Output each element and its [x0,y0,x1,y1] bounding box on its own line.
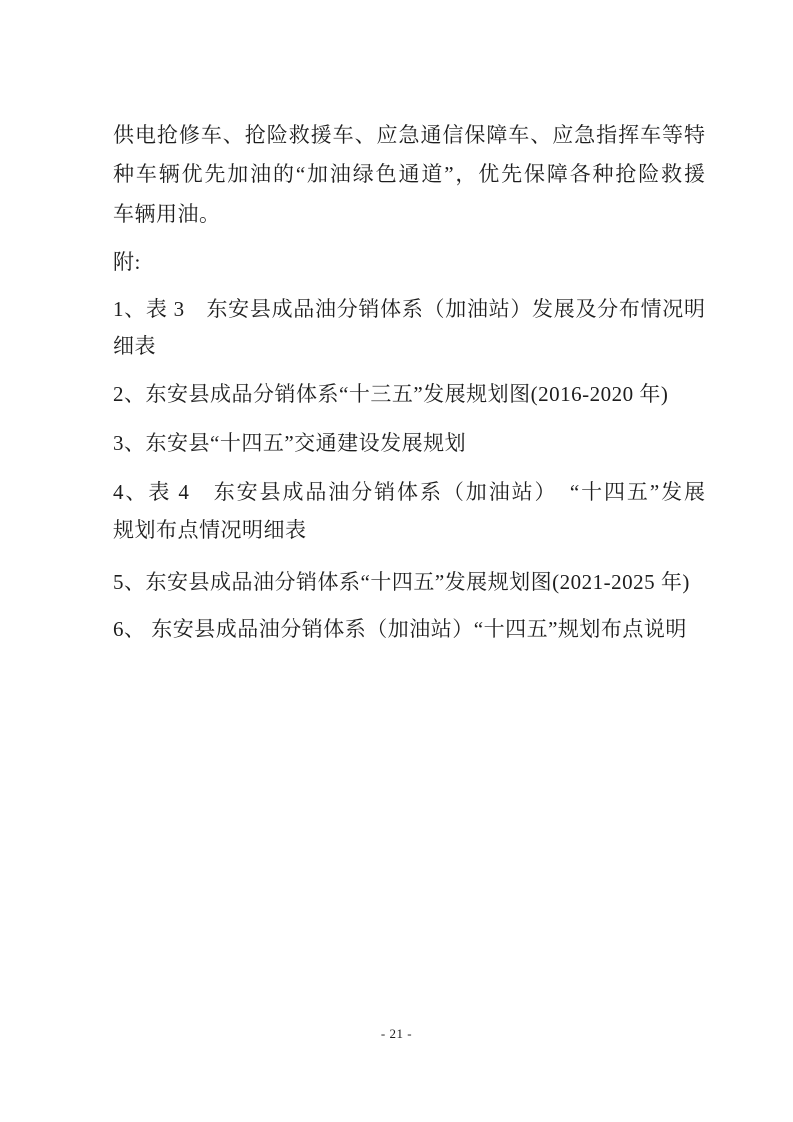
attachment-label: 附: [113,251,705,274]
attachment-item-2: 2、东安县成品分销体系“十三五”发展规划图(2016-2020 年) [113,383,705,406]
attachment-item-6: 6、 东安县成品油分销体系（加油站）“十四五”规划布点说明 [113,618,705,641]
attachment-item-5: 5、东安县成品油分销体系“十四五”发展规划图(2021-2025 年) [113,571,705,594]
attachment-item-3: 3、东安县“十四五”交通建设发展规划 [113,432,705,455]
body-paragraph-line-2: 种车辆优先加油的“加油绿色通道”，优先保障各种抢险救援 [113,163,705,186]
attachment-item-4-line-1: 4、表 4 东安县成品油分销体系（加油站） “十四五”发展 [113,481,705,504]
attachment-item-1-line-2: 细表 [113,335,705,358]
body-paragraph-line-1: 供电抢修车、抢险救援车、应急通信保障车、应急指挥车等特 [113,124,705,147]
attachment-item-1-line-1: 1、表 3 东安县成品油分销体系（加油站）发展及分布情况明 [113,298,705,321]
attachment-item-4-line-2: 规划布点情况明细表 [113,519,705,542]
document-page: 供电抢修车、抢险救援车、应急通信保障车、应急指挥车等特 种车辆优先加油的“加油绿… [0,0,793,1122]
page-number: - 21 - [0,1026,793,1041]
body-paragraph-line-3: 车辆用油。 [113,203,705,226]
